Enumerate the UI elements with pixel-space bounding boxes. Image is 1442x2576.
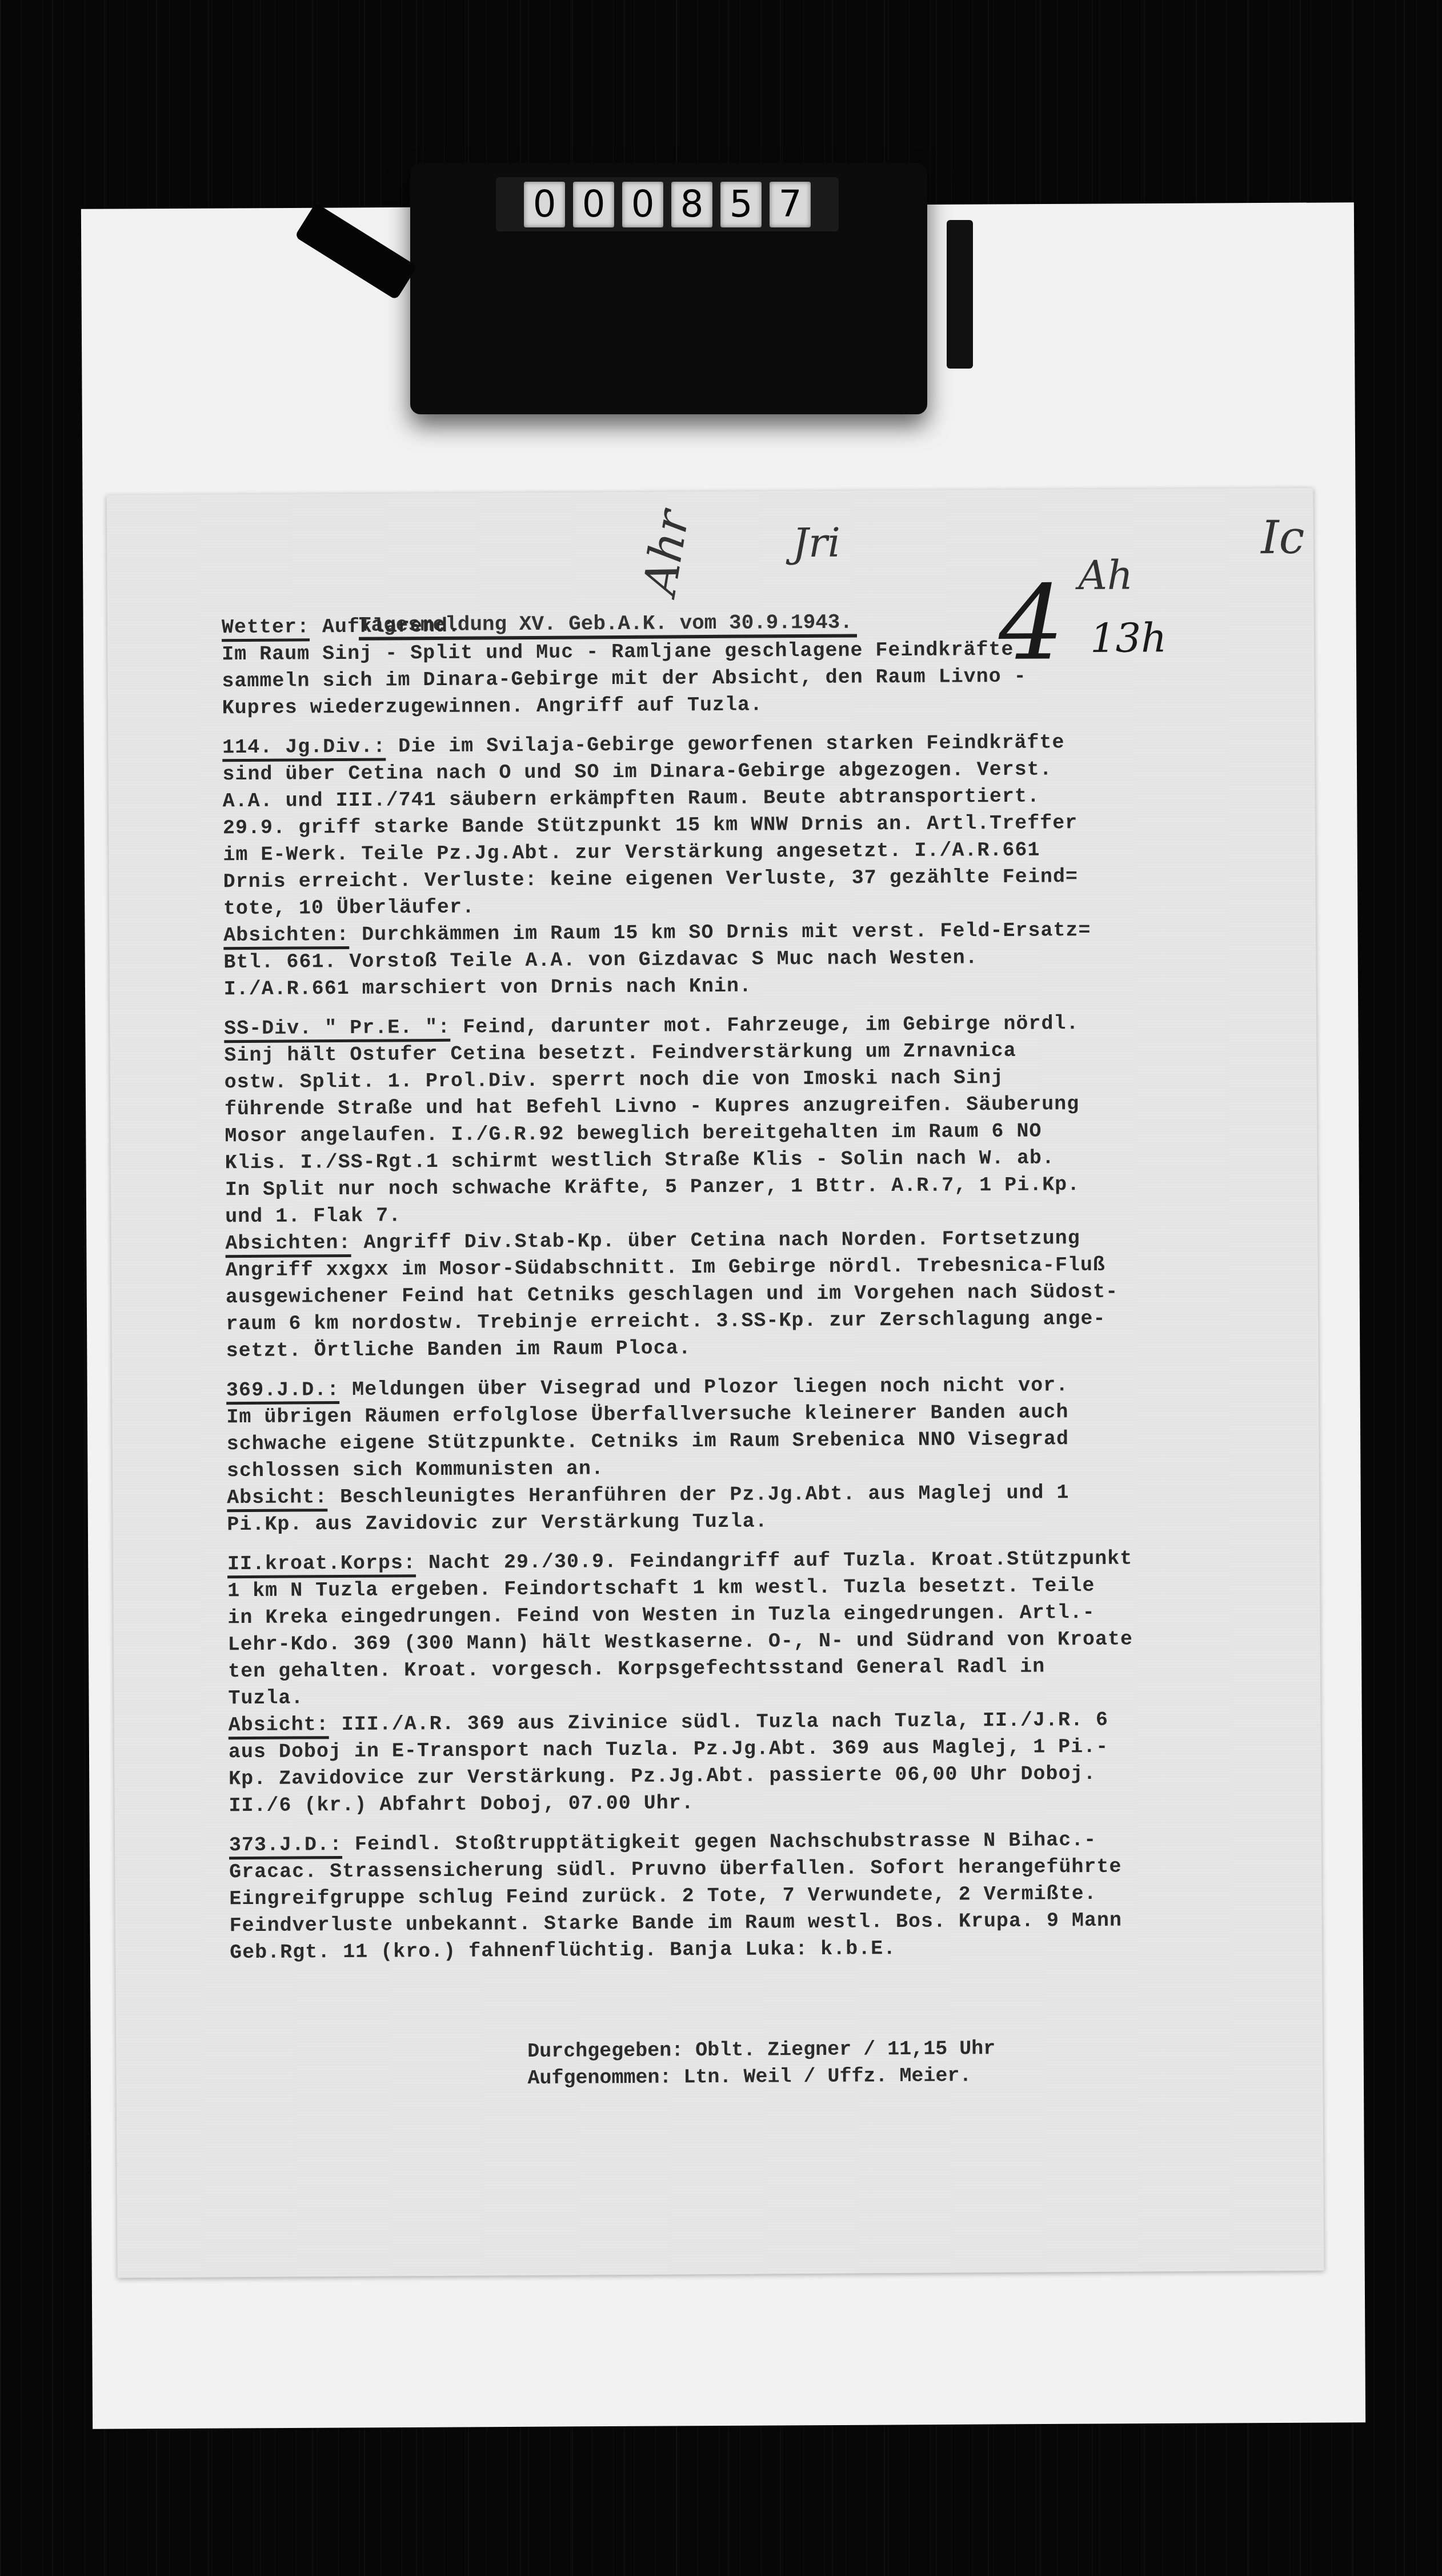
frame-counter-device: 0 0 0 8 5 7	[410, 163, 927, 414]
intent-label: Absicht:	[229, 1713, 329, 1739]
unit-section: SS-Div. " Pr.E. ": Feind, darunter mot. …	[224, 1009, 1300, 1365]
intent-text: III./A.R. 369 aus Zivinice südl. Tuzla n…	[342, 1709, 1108, 1736]
section-text: Die im Svilaja-Gebirge geworfenen starke…	[398, 731, 1064, 758]
document-page: Ahr Jri 4 Ah Ic 13h Tagesmeldung XV. Geb…	[106, 488, 1324, 2278]
unit-label: 373.J.D.:	[229, 1833, 342, 1859]
intent-text: Durchkämmen im Raum 15 km SO Drnis mit v…	[362, 919, 1091, 946]
unit-section: 114. Jg.Div.: Die im Svilaja-Gebirge gew…	[222, 728, 1298, 1003]
unit-label: II.kroat.Korps:	[227, 1551, 416, 1578]
counter-digit: 0	[622, 182, 663, 227]
weather-text: Aufklarend.	[322, 615, 460, 638]
sections: 114. Jg.Div.: Die im Svilaja-Gebirge gew…	[222, 728, 1304, 1979]
weather-label: Wetter:	[222, 615, 310, 642]
counter-digit: 0	[524, 182, 565, 227]
report-body: Wetter: Aufklarend. Im Raum Sinj - Split…	[222, 608, 1304, 1979]
section-text: Meldungen über Visegrad und Plozor liege…	[352, 1374, 1068, 1401]
unit-section: 373.J.D.: Feindl. Stoßtrupptätigkeit geg…	[229, 1826, 1304, 1966]
unit-section: II.kroat.Korps: Nacht 29./30.9. Feindang…	[227, 1545, 1303, 1819]
unit-section: 369.J.D.: Meldungen über Visegrad und Pl…	[226, 1371, 1301, 1538]
counter-digit: 7	[770, 182, 811, 227]
handwritten-initials: Ic	[1261, 511, 1305, 564]
intro-paragraph: Im Raum Sinj - Split und Muc - Ramljane …	[222, 635, 1296, 722]
counter-digit: 8	[671, 182, 712, 227]
section-text: Nacht 29./30.9. Feindangriff auf Tuzla. …	[428, 1547, 1132, 1575]
handwritten-initials: Ah	[1078, 552, 1133, 599]
section-text: Feindl. Stoßtrupptätigkeit gegen Nachsch…	[355, 1829, 1096, 1856]
intent-text: Angriff Div.Stab-Kp. über Cetina nach No…	[363, 1227, 1080, 1254]
unit-label: SS-Div. " Pr.E. ":	[224, 1016, 450, 1043]
handwritten-initials: Jri	[792, 519, 840, 567]
section-text: Feind, darunter mot. Fahrzeuge, im Gebir…	[463, 1012, 1079, 1039]
intent-text: Beschleunigtes Heranführen der Pz.Jg.Abt…	[340, 1481, 1069, 1509]
received-by: Aufgenommen: Ltn. Weil / Uffz. Meier.	[527, 2062, 995, 2092]
intent-label: Absichten:	[225, 1231, 351, 1258]
unit-label: 114. Jg.Div.:	[222, 735, 386, 762]
counter-digit: 0	[573, 182, 614, 227]
intent-label: Absicht:	[227, 1486, 327, 1512]
handwritten-initials: Ahr	[633, 506, 699, 598]
signature-block: Durchgegeben: Oblt. Ziegner / 11,15 Uhr …	[527, 2035, 996, 2092]
unit-label: 369.J.D.:	[226, 1378, 339, 1405]
counter-lever	[947, 220, 973, 369]
intent-label: Absichten:	[223, 923, 349, 950]
counter-digit: 5	[720, 182, 762, 227]
counter-display: 0 0 0 8 5 7	[496, 177, 839, 231]
transmitted-by: Durchgegeben: Oblt. Ziegner / 11,15 Uhr	[527, 2035, 995, 2065]
